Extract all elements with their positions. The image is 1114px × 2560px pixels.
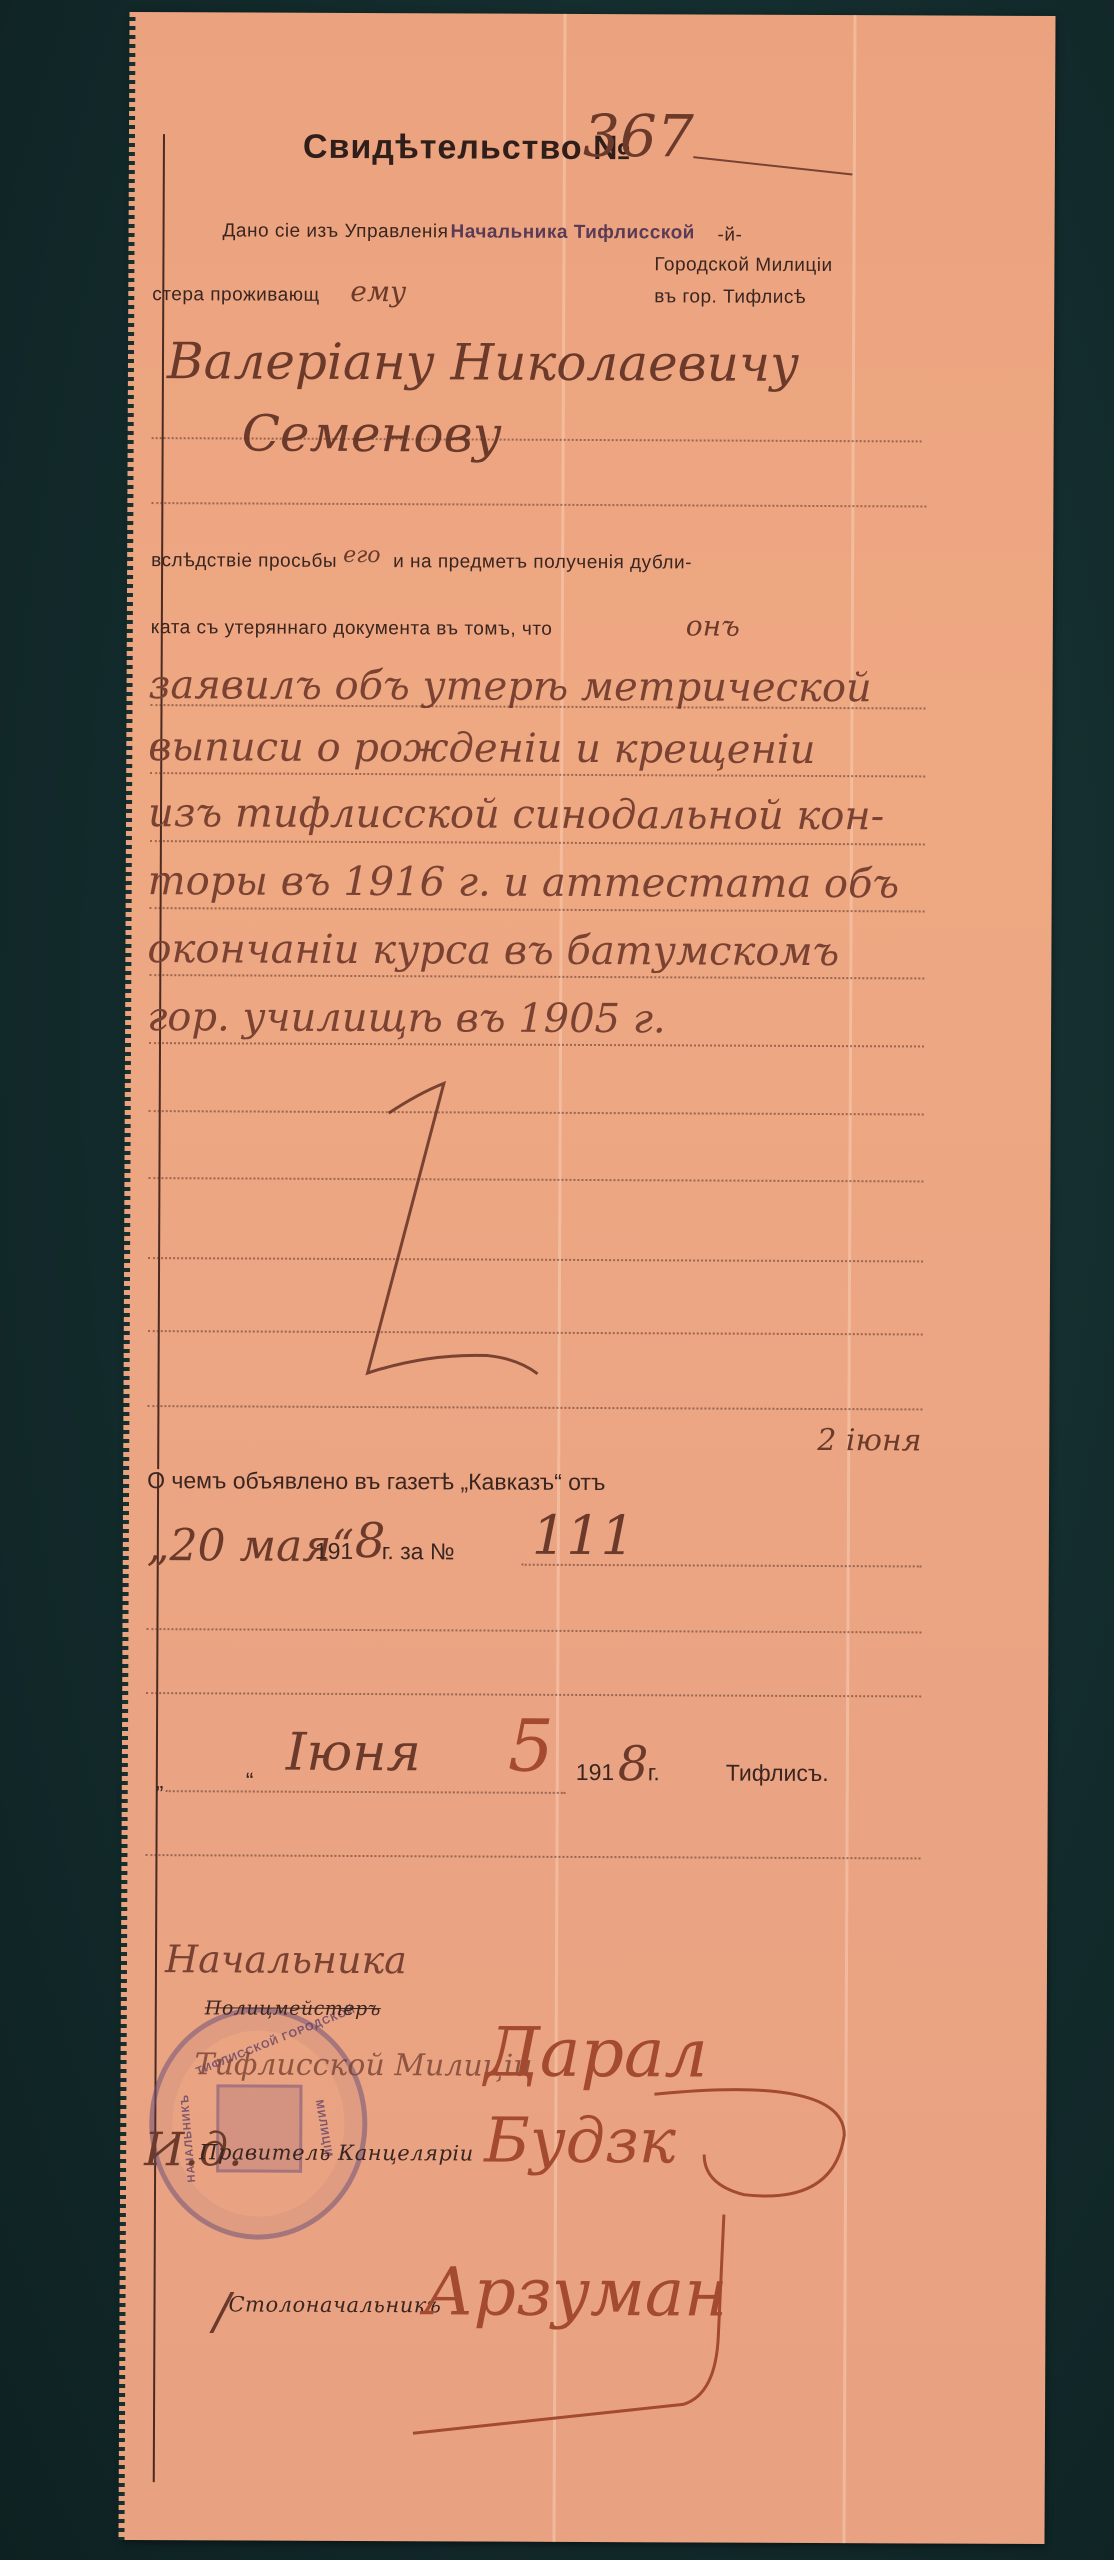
residing-place: въ гор. Тифлисѣ	[654, 286, 806, 309]
ruled-line	[151, 502, 926, 507]
ruled-line	[146, 1692, 921, 1697]
ruled-line	[166, 1790, 566, 1794]
newspaper-year-suffix: г. за №	[382, 1538, 455, 1565]
residing-ending: ему	[350, 275, 406, 308]
date-year-suffix: г.	[648, 1759, 660, 1786]
body-line: гор. училищѣ въ 1905 г.	[147, 994, 666, 1042]
signature-flourish-icon	[323, 2073, 925, 2486]
newspaper-date-top: 2 іюня	[817, 1423, 921, 1458]
ruled-line	[147, 1405, 922, 1410]
request-line-2-hand: онъ	[686, 609, 740, 642]
ruled-line	[146, 1628, 921, 1633]
newspaper-year-printed: 191	[315, 1538, 353, 1565]
body-line: изъ тифлисской синодальной кон-	[148, 790, 884, 839]
request-line-2: ката съ утеряннаго документа въ томъ, чт…	[151, 617, 553, 641]
issued-by-suffix: Городской Милиціи	[654, 254, 832, 277]
date-year-printed: 191	[576, 1759, 614, 1786]
large-mark-one-icon	[347, 1073, 578, 1394]
head-title-handwritten: Начальника	[165, 1937, 407, 1982]
date-quote-open: „	[156, 1767, 164, 1794]
date-city: Тифлисъ.	[726, 1760, 829, 1787]
date-day: 5	[508, 1704, 554, 1788]
ruled-line	[149, 1042, 924, 1047]
date-month: Іюня	[286, 1723, 421, 1784]
number-underline-stroke	[693, 156, 852, 175]
head-title-printed-struck: Полицмейстеръ	[205, 1997, 381, 2020]
certificate-paper: Свидѣтельство № 367 Дано сіе изъ Управле…	[122, 12, 1055, 2544]
issued-by-tail: -й-	[718, 225, 743, 247]
ruled-line	[150, 840, 925, 845]
issued-by-stamp: Начальника Тифлисской	[451, 221, 695, 244]
certificate-number: 367	[583, 102, 694, 170]
request-line-1a: вслѣдствіе просьбы	[151, 550, 337, 573]
recipient-name-line2: Семенову	[242, 404, 502, 463]
ruled-line	[145, 1854, 920, 1859]
request-line-1b: и на предметъ полученія дубли-	[393, 551, 692, 574]
newspaper-issue: 111	[532, 1504, 635, 1567]
request-line-1-hand: его	[343, 543, 380, 568]
issued-by-prefix: Дано сіе изъ Управленія	[223, 220, 449, 243]
newspaper-line-prefix: О чемъ объявлено въ газетѣ „Кавказъ“ отъ	[147, 1467, 605, 1496]
ruled-line	[150, 907, 925, 912]
body-line: окончаніи курса въ батумскомъ	[147, 926, 839, 975]
body-line: выписи о рожденіи и крещеніи	[148, 724, 815, 773]
body-line: торы въ 1916 г. и аттестата объ	[148, 858, 900, 907]
date-year-hand: 8	[618, 1736, 649, 1792]
residing-prefix: стера проживающ	[152, 284, 319, 307]
recipient-name-line1: Валеріану Николаевичу	[167, 332, 799, 393]
margin-line	[153, 1472, 159, 2482]
